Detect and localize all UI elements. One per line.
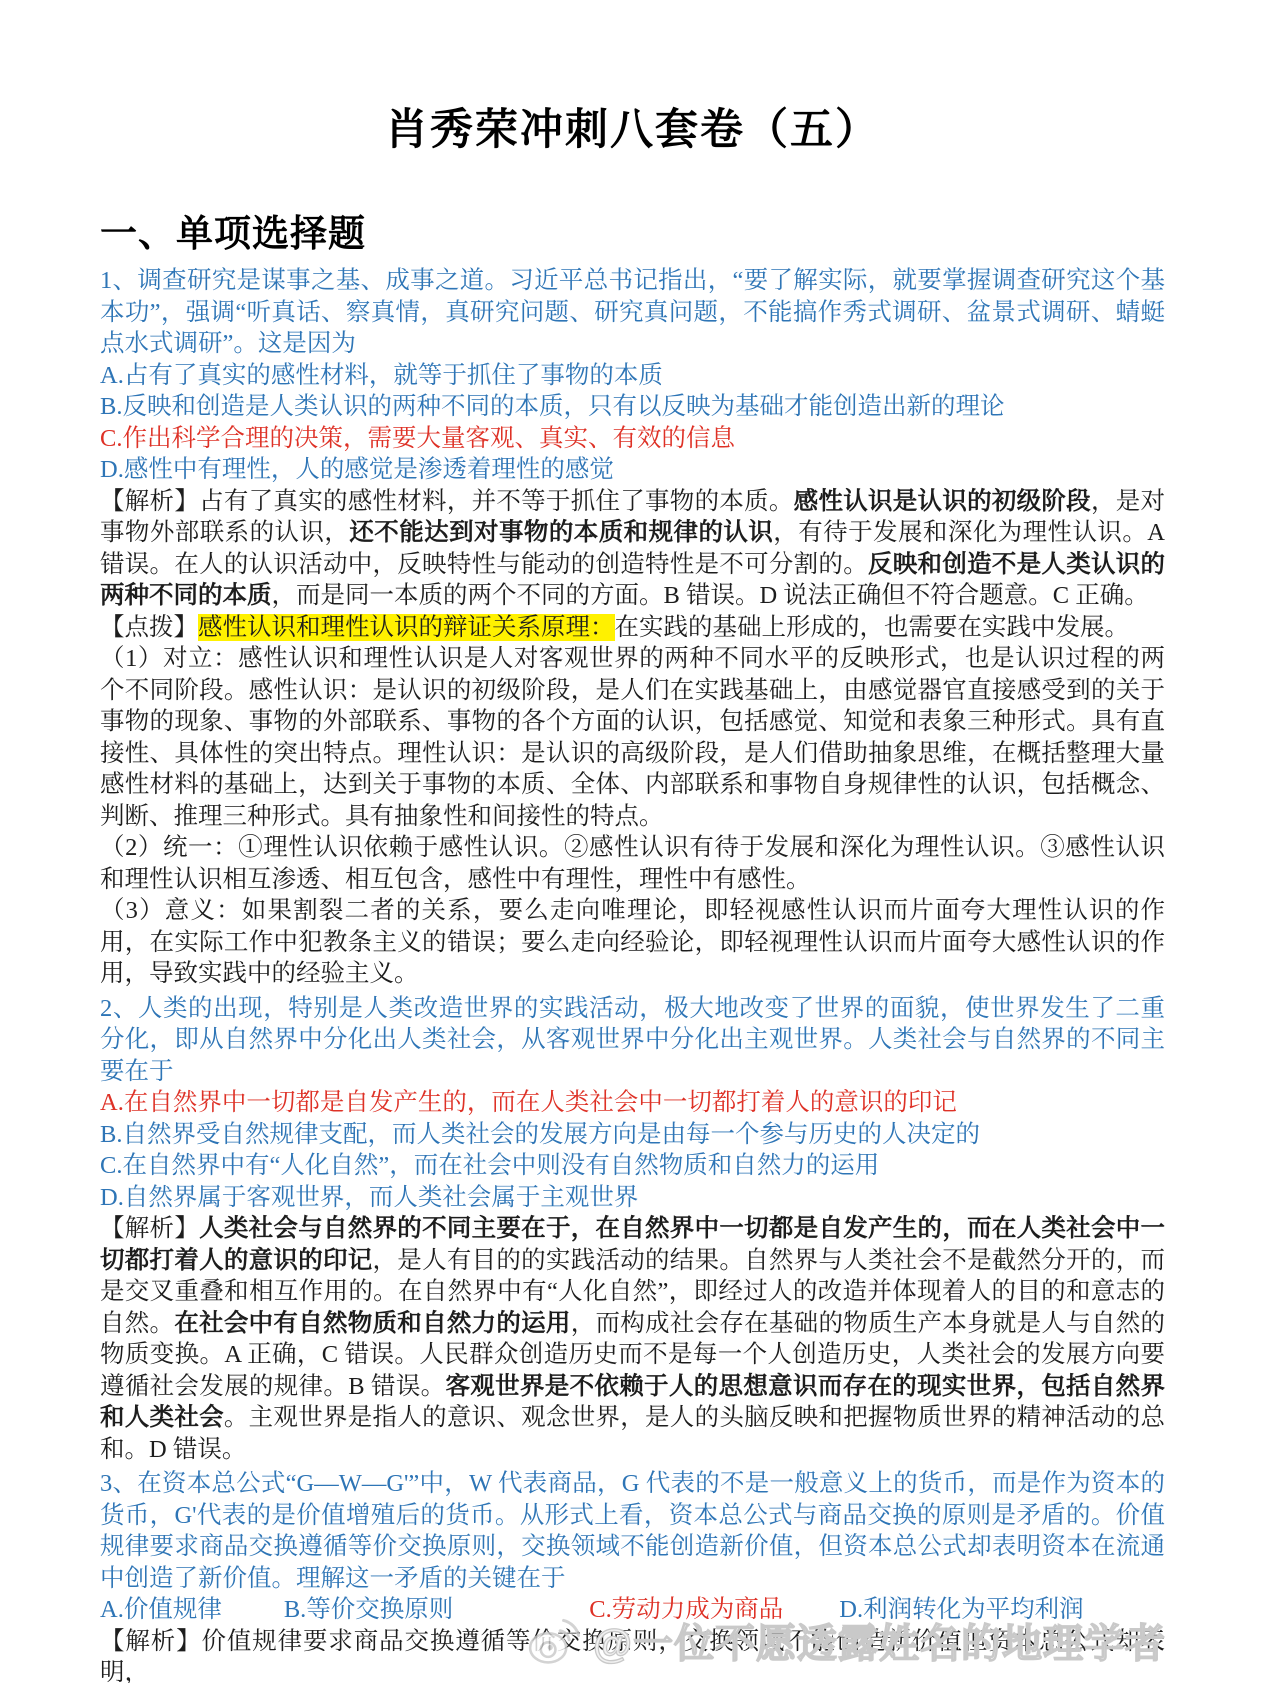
question-2-option-c: C.在自然界中有“人化自然”，而在社会中则没有自然物质和自然力的运用 <box>100 1150 1165 1182</box>
text-run: 【解析】占有了真实的感性材料，并不等于抓住了事物的本质。 <box>100 488 794 515</box>
text-run: B.等价交换原则 <box>284 1596 453 1623</box>
text-run: C.作出科学合理的决策，需要大量客观、真实、有效的信息 <box>100 425 735 452</box>
question-1-analysis: 【解析】占有了真实的感性材料，并不等于抓住了事物的本质。感性认识是认识的初级阶段… <box>100 486 1165 612</box>
question-1-option-d: D.感性中有理性，人的感觉是渗透着理性的感觉 <box>100 454 1165 486</box>
text-run: ，而是同一本质的两个不同的方面。B 错误。D 说法正确但不符合题意。C 正确。 <box>272 582 1149 609</box>
text-run: 在社会中有自然物质和自然力的运用 <box>174 1310 570 1337</box>
watermark-handle: @一位不愿透露姓名的地理学者 <box>593 1612 1166 1669</box>
option-gap <box>222 1594 284 1626</box>
text-run: D.感性中有理性，人的感觉是渗透着理性的感觉 <box>100 456 614 483</box>
watermark: @一位不愿透露姓名的地理学者 <box>527 1612 1166 1669</box>
question-3-stem: 3、在资本总公式“G—W—G'”中，W 代表商品，G 代表的不是一般意义上的货币… <box>100 1468 1165 1594</box>
text-run: 3、在资本总公式“G—W—G'”中，W 代表商品，G 代表的不是一般意义上的货币… <box>100 1470 1165 1592</box>
question-1-stem: 1、调查研究是谋事之基、成事之道。习近平总书记指出，“要了解实际，就要掌握调查研… <box>100 265 1165 360</box>
text-run: B.反映和创造是人类认识的两种不同的本质，只有以反映为基础才能创造出新的理论 <box>100 393 1004 420</box>
text-run: 感性认识和理性认识的辩证关系原理： <box>198 614 615 641</box>
text-run: 。主观世界是指人的意识、观念世界，是人的头脑反映和把握物质世界的精神活动的总和。… <box>100 1404 1165 1463</box>
text-run: C.在自然界中有“人化自然”，而在社会中则没有自然物质和自然力的运用 <box>100 1152 879 1179</box>
document-title: 肖秀荣冲刺八套卷（五） <box>100 96 1165 157</box>
text-run: A.在自然界中一切都是自发产生的，而在人类社会中一切都打着人的意识的印记 <box>100 1089 957 1116</box>
question-2-option-a: A.在自然界中一切都是自发产生的，而在人类社会中一切都打着人的意识的印记 <box>100 1087 1165 1119</box>
question-1-tip-point-2: （2）统一：①理性认识依赖于感性认识。②感性认识有待于发展和深化为理性认识。③感… <box>100 832 1165 895</box>
text-run: 在实践的基础上形成的，也需要在实践中发展。 <box>615 614 1130 641</box>
question-1-option-a: A.占有了真实的感性材料，就等于抓住了事物的本质 <box>100 360 1165 392</box>
document-content: 肖秀荣冲刺八套卷（五） 一、单项选择题 1、调查研究是谋事之基、成事之道。习近平… <box>0 96 1262 1683</box>
text-run: （1）对立：感性认识和理性认识是人对客观世界的两种不同水平的反映形式，也是认识过… <box>100 645 1165 830</box>
text-run: A.价值规律 <box>100 1596 222 1623</box>
text-run: B.自然界受自然规律支配，而人类社会的发展方向是由每一个参与历史的人决定的 <box>100 1121 980 1148</box>
weibo-icon <box>527 1617 583 1665</box>
text-run: D.自然界属于客观世界，而人类社会属于主观世界 <box>100 1184 638 1211</box>
question-1-option-b: B.反映和创造是人类认识的两种不同的本质，只有以反映为基础才能创造出新的理论 <box>100 391 1165 423</box>
document-page: 肖秀荣冲刺八套卷（五） 一、单项选择题 1、调查研究是谋事之基、成事之道。习近平… <box>0 0 1262 1683</box>
text-run: 2、人类的出现，特别是人类改造世界的实践活动，极大地改变了世界的面貌，使世界发生… <box>100 995 1165 1085</box>
text-run: 【解析】 <box>100 1215 199 1242</box>
question-1-option-c: C.作出科学合理的决策，需要大量客观、真实、有效的信息 <box>100 423 1165 455</box>
text-run: A.占有了真实的感性材料，就等于抓住了事物的本质 <box>100 362 663 389</box>
question-2-option-d: D.自然界属于客观世界，而人类社会属于主观世界 <box>100 1182 1165 1214</box>
question-2-stem: 2、人类的出现，特别是人类改造世界的实践活动，极大地改变了世界的面貌，使世界发生… <box>100 993 1165 1088</box>
section-heading: 一、单项选择题 <box>100 203 1165 257</box>
question-2-option-b: B.自然界受自然规律支配，而人类社会的发展方向是由每一个参与历史的人决定的 <box>100 1119 1165 1151</box>
question-1-tip: 【点拨】感性认识和理性认识的辩证关系原理：在实践的基础上形成的，也需要在实践中发… <box>100 612 1165 644</box>
text-run: （2）统一：①理性认识依赖于感性认识。②感性认识有待于发展和深化为理性认识。③感… <box>100 834 1165 893</box>
text-run: 感性认识是认识的初级阶段 <box>794 488 1091 515</box>
question-1-tip-point-1: （1）对立：感性认识和理性认识是人对客观世界的两种不同水平的反映形式，也是认识过… <box>100 643 1165 832</box>
text-run: 1、调查研究是谋事之基、成事之道。习近平总书记指出，“要了解实际，就要掌握调查研… <box>100 267 1165 357</box>
question-2-analysis: 【解析】人类社会与自然界的不同主要在于，在自然界中一切都是自发产生的，而在人类社… <box>100 1213 1165 1465</box>
text-run: 还不能达到对事物的本质和规律的认识 <box>349 519 773 546</box>
text-run: （3）意义：如果割裂二者的关系，要么走向唯理论，即轻视感性认识而片面夸大理性认识… <box>100 897 1165 987</box>
question-1-tip-point-3: （3）意义：如果割裂二者的关系，要么走向唯理论，即轻视感性认识而片面夸大理性认识… <box>100 895 1165 990</box>
text-run: 【点拨】 <box>100 614 198 641</box>
